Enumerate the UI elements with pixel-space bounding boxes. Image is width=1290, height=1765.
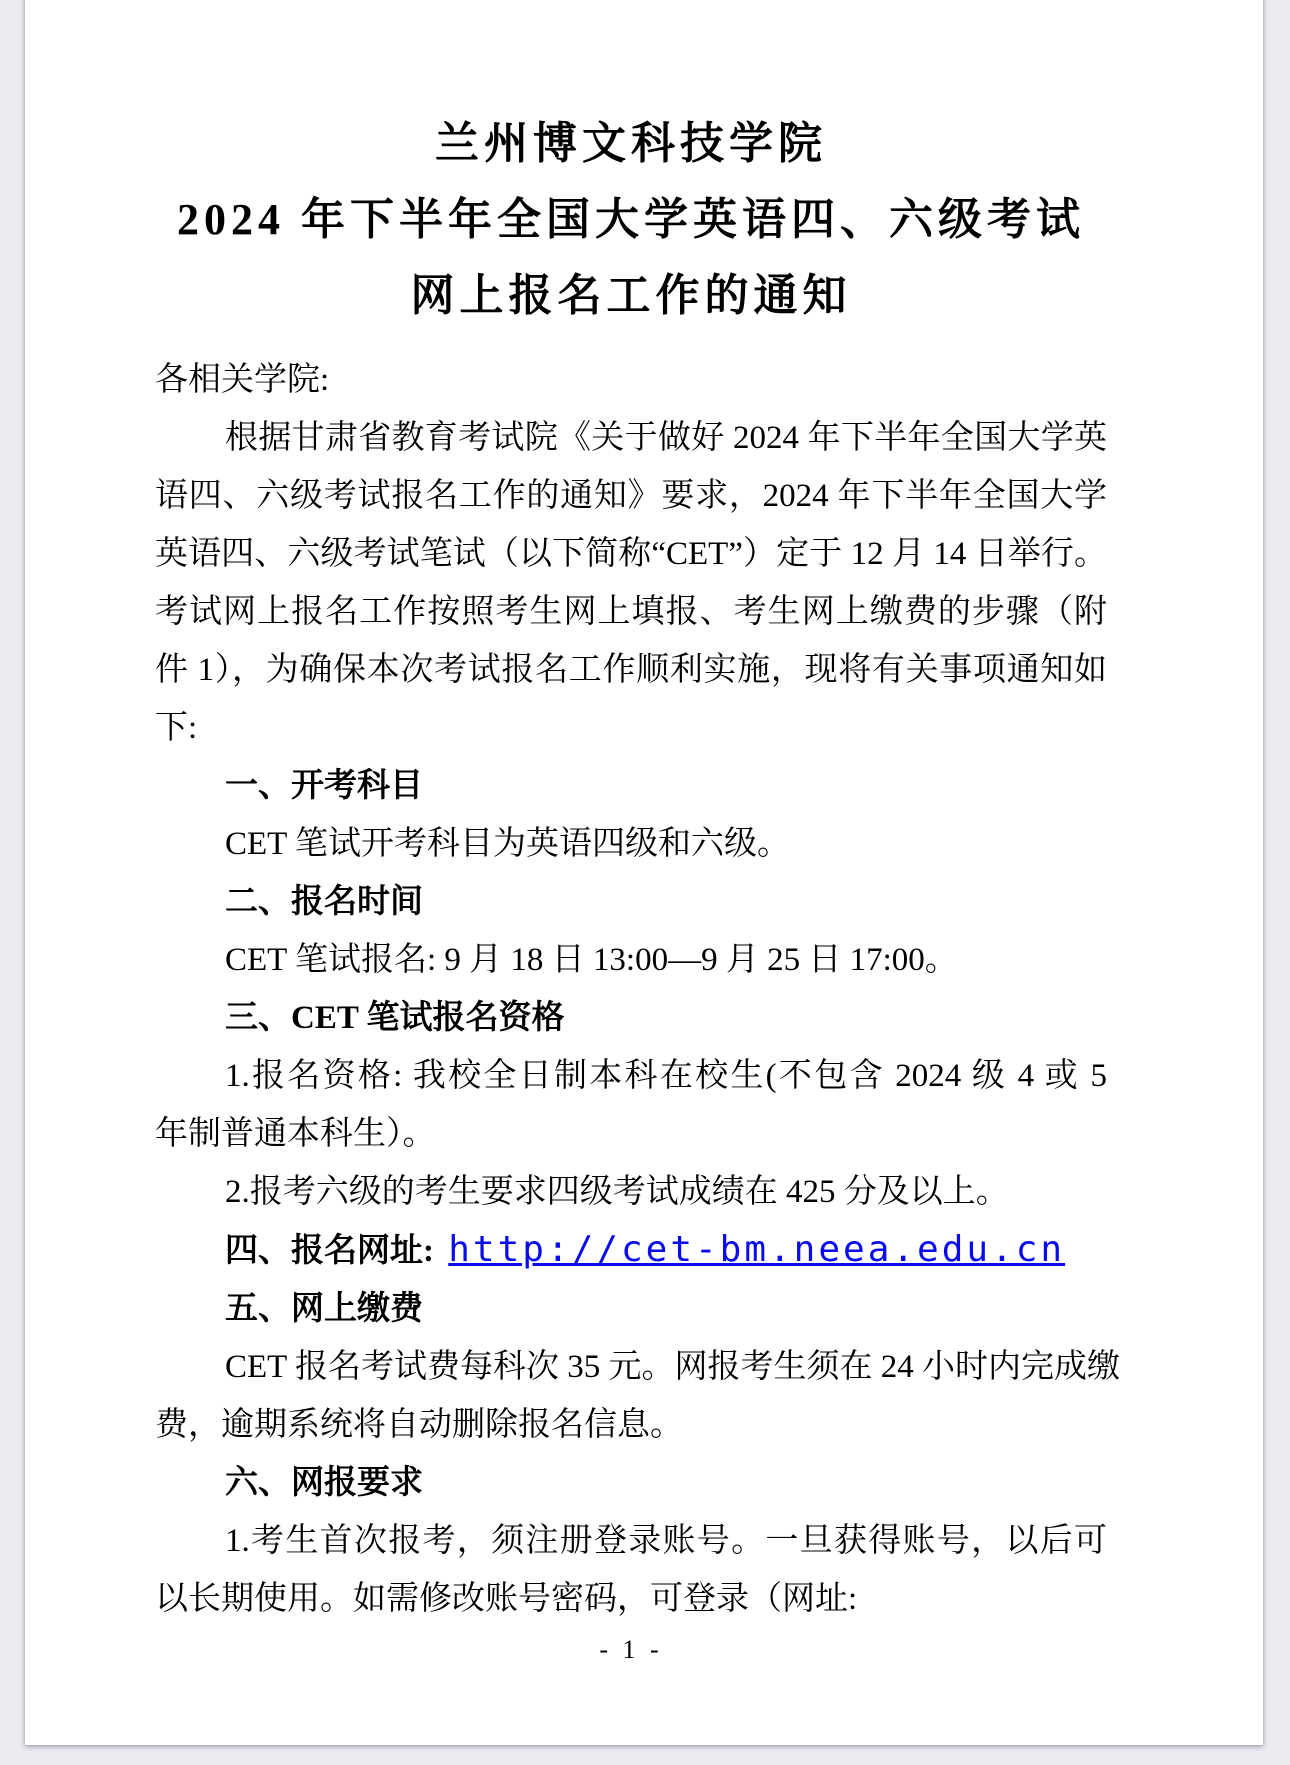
section-heading: 六、网报要求 (155, 1454, 1107, 1512)
document-block: 一、开考科目 (155, 757, 1107, 815)
section-heading-label: 四、报名网址: (225, 1233, 442, 1269)
document-block: 2.报考六级的考生要求四级考试成绩在 425 分及以上。 (155, 1163, 1107, 1221)
paragraph-line: CET 报名考试费每科次 35 元。网报考生须在 24 小时内完成缴 (155, 1338, 1107, 1396)
section-heading: 三、CET 笔试报名资格 (155, 989, 1107, 1047)
section-heading: 五、网上缴费 (155, 1280, 1107, 1338)
document-block: CET 报名考试费每科次 35 元。网报考生须在 24 小时内完成缴费，逾期系统… (155, 1338, 1107, 1454)
document-block: 1.报名资格: 我校全日制本科在校生(不包含 2024 级 4 或 5年制普通本… (155, 1047, 1107, 1163)
document-title-line-2: 2024 年下半年全国大学英语四、六级考试 (155, 182, 1107, 258)
document-block: 三、CET 笔试报名资格 (155, 989, 1107, 1047)
paragraph-line: 以长期使用。如需修改账号密码，可登录（网址: (155, 1570, 1107, 1628)
document-block: 六、网报要求 (155, 1454, 1107, 1512)
paragraph-line: 费，逾期系统将自动删除报名信息。 (155, 1396, 1107, 1454)
document-block: 1.考生首次报考，须注册登录账号。一旦获得账号，以后可以长期使用。如需修改账号密… (155, 1512, 1107, 1628)
document-block: 二、报名时间 (155, 873, 1107, 931)
document-content: 兰州博文科技学院 2024 年下半年全国大学英语四、六级考试 网上报名工作的通知… (25, 0, 1263, 1670)
paragraph-line: 下: (155, 699, 1107, 757)
registration-url-link[interactable]: http://cet-bm.neea.edu.cn (448, 1229, 1065, 1270)
paragraph-line: 2.报考六级的考生要求四级考试成绩在 425 分及以上。 (155, 1163, 1107, 1221)
document-page: 兰州博文科技学院 2024 年下半年全国大学英语四、六级考试 网上报名工作的通知… (25, 0, 1263, 1745)
paragraph-line: 1.报名资格: 我校全日制本科在校生(不包含 2024 级 4 或 5 (155, 1047, 1107, 1105)
paragraph-line: 1.考生首次报考，须注册登录账号。一旦获得账号，以后可 (155, 1512, 1107, 1570)
paragraph-line: 根据甘肃省教育考试院《关于做好 2024 年下半年全国大学英 (155, 409, 1107, 467)
paragraph-line: 件 1），为确保本次考试报名工作顺利实施，现将有关事项通知如 (155, 641, 1107, 699)
paragraph-line: CET 笔试开考科目为英语四级和六级。 (155, 815, 1107, 873)
section-heading: 一、开考科目 (155, 757, 1107, 815)
document-body: 根据甘肃省教育考试院《关于做好 2024 年下半年全国大学英语四、六级考试报名工… (155, 409, 1107, 1628)
document-block: 五、网上缴费 (155, 1280, 1107, 1338)
salutation: 各相关学院: (155, 351, 1107, 409)
paragraph-line: 考试网上报名工作按照考生网上填报、考生网上缴费的步骤（附 (155, 583, 1107, 641)
section-heading: 二、报名时间 (155, 873, 1107, 931)
document-title-line-1: 兰州博文科技学院 (155, 106, 1107, 182)
section-heading-with-link: 四、报名网址: http://cet-bm.neea.edu.cn (155, 1221, 1107, 1280)
document-block: 四、报名网址: http://cet-bm.neea.edu.cn (155, 1221, 1107, 1280)
paragraph-line: 英语四、六级考试笔试（以下简称“CET”）定于 12 月 14 日举行。 (155, 525, 1107, 583)
document-title-line-3: 网上报名工作的通知 (155, 258, 1107, 334)
document-block: 根据甘肃省教育考试院《关于做好 2024 年下半年全国大学英语四、六级考试报名工… (155, 409, 1107, 757)
document-body-text: 各相关学院: 根据甘肃省教育考试院《关于做好 2024 年下半年全国大学英语四、… (155, 351, 1107, 1670)
paragraph-line: CET 笔试报名: 9 月 18 日 13:00—9 月 25 日 17:00。 (155, 931, 1107, 989)
page-number: - 1 - (155, 1630, 1107, 1670)
document-block: CET 笔试开考科目为英语四级和六级。 (155, 815, 1107, 873)
document-title: 兰州博文科技学院 2024 年下半年全国大学英语四、六级考试 网上报名工作的通知 (155, 106, 1107, 334)
page-background: { "title": { "lines": [ "兰州博文科技学院", "202… (0, 0, 1290, 1765)
paragraph-line: 语四、六级考试报名工作的通知》要求，2024 年下半年全国大学 (155, 467, 1107, 525)
paragraph-line: 年制普通本科生）。 (155, 1105, 1107, 1163)
document-block: CET 笔试报名: 9 月 18 日 13:00—9 月 25 日 17:00。 (155, 931, 1107, 989)
